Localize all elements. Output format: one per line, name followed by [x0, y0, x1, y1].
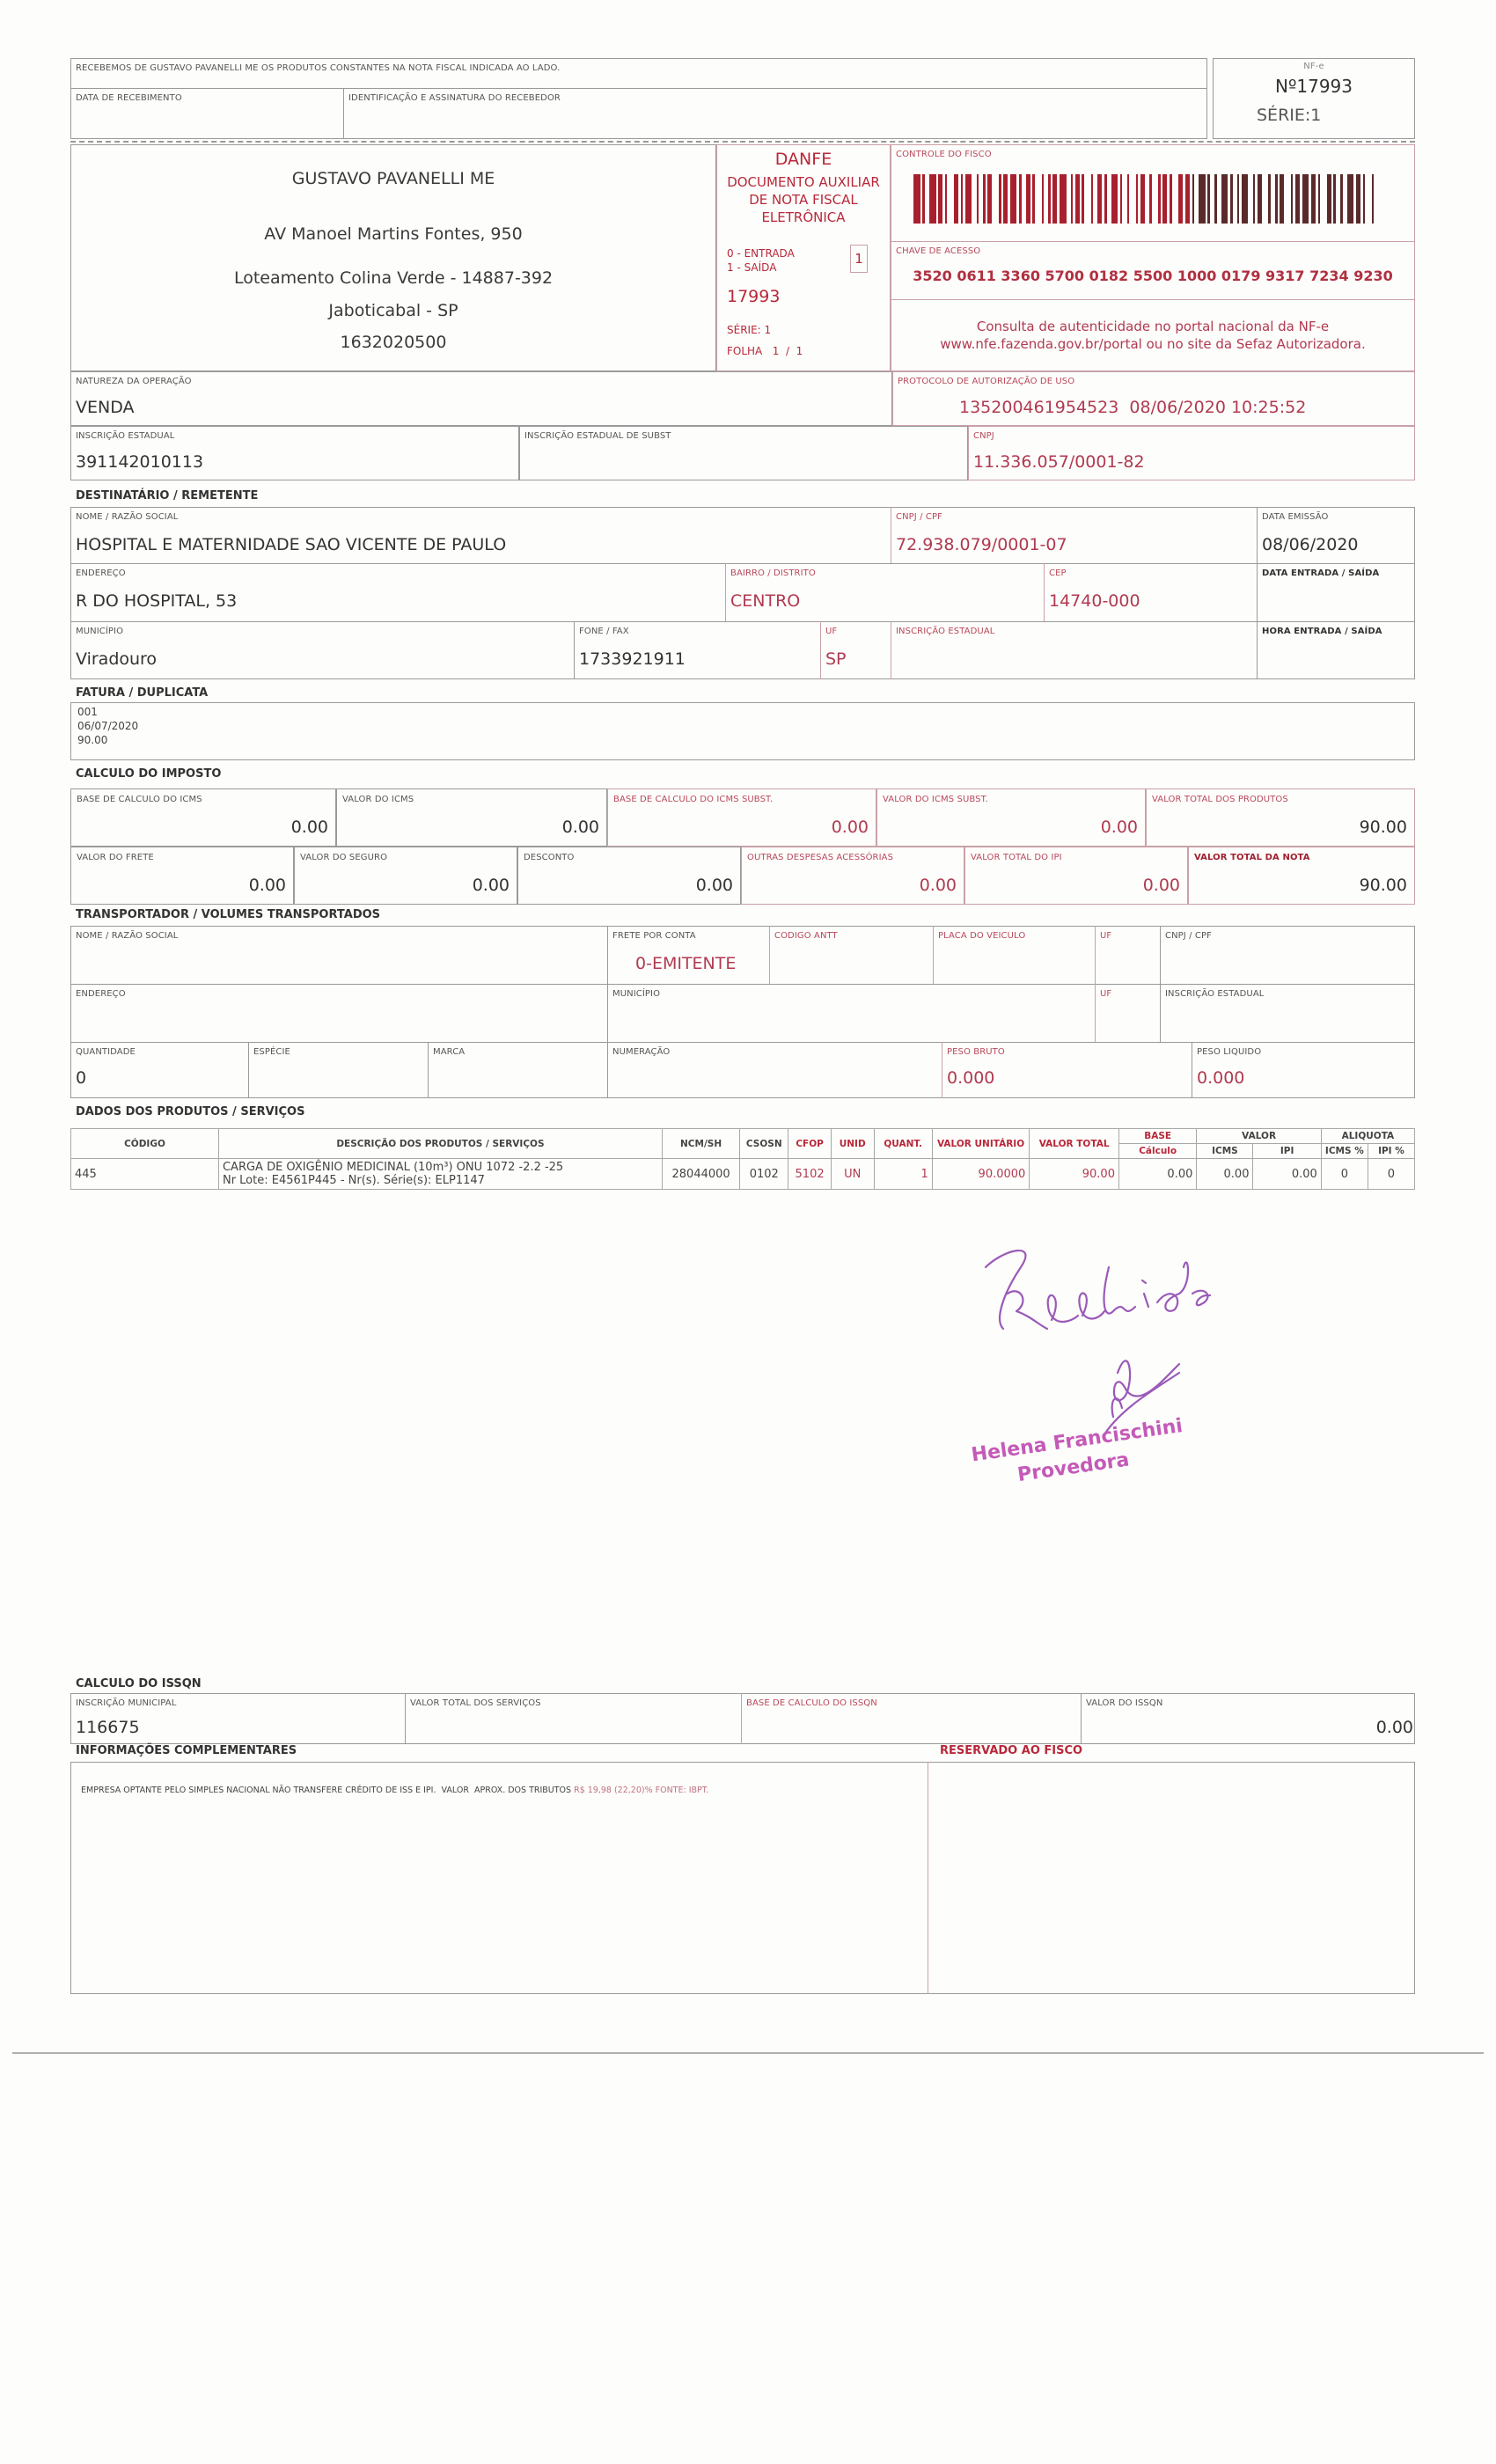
item-csosn: 0102: [740, 1159, 788, 1190]
tax-cell: VALOR DO SEGURO0.00: [294, 847, 517, 905]
invoice-box: [70, 702, 1415, 760]
recipient-name-label: NOME / RAZÃO SOCIAL: [76, 512, 178, 522]
tax-cell-label: VALOR TOTAL DOS PRODUTOS: [1152, 795, 1288, 804]
tax-cell-value: 0.00: [920, 876, 957, 895]
carrier-cnpj-label: CNPJ / CPF: [1165, 931, 1212, 941]
divider: [405, 1693, 406, 1744]
danfe-number: 17993: [727, 287, 780, 306]
tax-cell: VALOR TOTAL DA NOTA90.00: [1188, 847, 1415, 905]
entry-time-label: HORA ENTRADA / SAÍDA: [1262, 627, 1382, 636]
col-desc: DESCRIÇÃO DOS PRODUTOS / SERVIÇOS: [218, 1129, 662, 1159]
table-row: 445 CARGA DE OXIGÊNIO MEDICINAL (10m³) O…: [71, 1159, 1415, 1190]
divider: [820, 621, 821, 679]
issuer-phone: 1632020500: [70, 333, 716, 352]
item-qty: 1: [874, 1159, 932, 1190]
tax-cell-value: 90.00: [1360, 818, 1407, 837]
recipient-cep: 14740-000: [1049, 591, 1140, 611]
col-base-top: BASE: [1118, 1129, 1196, 1144]
divider: [574, 621, 575, 679]
nfe-label: NF-e: [1213, 62, 1415, 71]
tax-cell: BASE DE CALCULO DO ICMS0.00: [70, 788, 336, 847]
item-ipi-pct: 0: [1368, 1159, 1414, 1190]
tax-cell-value: 0.00: [291, 818, 328, 837]
tax-cell: BASE DE CALCULO DO ICMS SUBST.0.00: [607, 788, 876, 847]
services-total-label: VALOR TOTAL DOS SERVIÇOS: [410, 1698, 541, 1708]
recipient-cep-label: CEP: [1049, 568, 1067, 578]
barcode: [913, 174, 1380, 224]
tax-cell-value: 0.00: [562, 818, 599, 837]
divider: [1192, 1042, 1192, 1098]
item-base: 0.00: [1118, 1159, 1196, 1190]
additional-info-title: INFORMAÇÕES COMPLEMENTARES: [76, 1744, 297, 1757]
danfe-title: DANFE: [716, 150, 891, 169]
col-valor-top: VALOR: [1197, 1129, 1321, 1144]
tax-cell-label: DESCONTO: [524, 853, 574, 862]
municipal-registration: 116675: [76, 1718, 140, 1737]
invoice-number: 001: [77, 706, 98, 718]
consult-link[interactable]: www.nfe.fazenda.gov.br/portal ou no site…: [891, 336, 1415, 352]
recipient-uf-label: UF: [825, 627, 837, 636]
nfe-series: SÉRIE:1: [1257, 106, 1321, 125]
tax-cell-value: 0.00: [696, 876, 733, 895]
recipient-address: R DO HOSPITAL, 53: [76, 591, 237, 611]
carrier-name-label: NOME / RAZÃO SOCIAL: [76, 931, 178, 941]
additional-info-text-2: R$ 19,98 (22,20)% FONTE: IBPT.: [574, 1786, 708, 1795]
emission-date-label: DATA EMISSÃO: [1262, 512, 1328, 522]
tax-cell-label: VALOR TOTAL DO IPI: [971, 853, 1062, 862]
danfe-subtitle-1: DOCUMENTO AUXILIAR: [716, 174, 891, 190]
tax-cell-value: 90.00: [1360, 876, 1407, 895]
danfe-folha: FOLHA 1 / 1: [727, 345, 803, 357]
divider: [1160, 926, 1161, 1042]
antt-label: CODIGO ANTT: [774, 931, 838, 941]
plate-label: PLACA DO VEICULO: [938, 931, 1025, 941]
divider: [70, 1042, 1415, 1043]
issqn-value: 0.00: [1376, 1718, 1413, 1737]
recipient-city-label: MUNICÍPIO: [76, 627, 123, 636]
recipient-cnpj-label: CNPJ / CPF: [896, 512, 942, 522]
col-ipi: IPI: [1253, 1144, 1321, 1159]
tax-cell-value: 0.00: [832, 818, 869, 837]
volume-qty-label: QUANTIDADE: [76, 1047, 136, 1057]
carrier-ie-label: INSCRIÇÃO ESTADUAL: [1165, 989, 1264, 999]
divider: [769, 926, 770, 984]
species-label: ESPÉCIE: [253, 1047, 290, 1057]
danfe-type-box: 1: [850, 245, 868, 273]
issuer-ie-subst-label: INSCRIÇÃO ESTADUAL DE SUBST: [524, 431, 671, 441]
tax-cell-value: 0.00: [249, 876, 286, 895]
danfe-subtitle-3: ELETRÔNICA: [716, 209, 891, 225]
divider: [741, 1693, 742, 1744]
issqn-box: [70, 1693, 1415, 1744]
divider: [70, 984, 1415, 985]
carrier-uf-label: UF: [1100, 931, 1111, 941]
col-icms-pct: ICMS %: [1321, 1144, 1368, 1159]
col-unit: UNID: [831, 1129, 874, 1159]
tax-cell: VALOR DO ICMS0.00: [336, 788, 607, 847]
tax-cell-label: VALOR DO SEGURO: [300, 853, 387, 862]
recipient-cnpj: 72.938.079/0001-07: [896, 535, 1067, 554]
additional-info-box: [70, 1762, 1415, 1994]
tax-cell-label: BASE DE CALCULO DO ICMS: [77, 795, 202, 804]
item-ncm: 28044000: [662, 1159, 739, 1190]
tax-section-title: CALCULO DO IMPOSTO: [76, 767, 221, 781]
issuer-ie: 391142010113: [76, 452, 203, 472]
col-base-bottom: Cálculo: [1118, 1144, 1196, 1159]
cut-line: [70, 141, 1415, 143]
recipient-ie-label: INSCRIÇÃO ESTADUAL: [896, 627, 994, 636]
tax-cell: VALOR DO ICMS SUBST.0.00: [876, 788, 1146, 847]
tax-cell-label: VALOR DO ICMS: [342, 795, 414, 804]
danfe-series: SÉRIE: 1: [727, 324, 771, 336]
invoice-due-date: 06/07/2020: [77, 720, 138, 732]
tax-cell-label: BASE DE CALCULO DO ICMS SUBST.: [613, 795, 773, 804]
item-total: 90.00: [1030, 1159, 1119, 1190]
page-bottom-line: [12, 2052, 1484, 2054]
municipal-registration-label: INSCRIÇÃO MUNICIPAL: [76, 1698, 176, 1708]
issuer-ie-label: INSCRIÇÃO ESTADUAL: [76, 431, 174, 441]
brand-label: MARCA: [433, 1047, 465, 1057]
col-unit-value: VALOR UNITÁRIO: [932, 1129, 1030, 1159]
item-cfop: 5102: [788, 1159, 832, 1190]
divider: [942, 1042, 942, 1098]
item-code: 445: [71, 1159, 219, 1190]
col-code: CÓDIGO: [71, 1129, 219, 1159]
item-icms: 0.00: [1197, 1159, 1253, 1190]
issuer-cnpj: 11.336.057/0001-82: [973, 452, 1145, 472]
transport-section-title: TRANSPORTADOR / VOLUMES TRANSPORTADOS: [76, 908, 380, 921]
divider: [928, 1762, 928, 1994]
operation-nature-label: NATUREZA DA OPERAÇÃO: [76, 377, 192, 386]
carrier-address-label: ENDEREÇO: [76, 989, 126, 999]
access-key: 3520 0611 3360 5700 0182 5500 1000 0179 …: [891, 268, 1415, 284]
operation-nature: VENDA: [76, 398, 135, 417]
recipient-name: HOSPITAL E MATERNIDADE SAO VICENTE DE PA…: [76, 535, 506, 554]
danfe-entrada: 0 - ENTRADA: [727, 247, 795, 260]
issuer-cnpj-label: CNPJ: [973, 431, 994, 441]
tax-cell: VALOR TOTAL DO IPI0.00: [964, 847, 1188, 905]
invoice-value: 90.00: [77, 734, 107, 746]
receipt-text: RECEBEMOS DE GUSTAVO PAVANELLI ME OS PRO…: [76, 63, 560, 73]
divider: [933, 926, 934, 984]
issqn-base-label: BASE DE CALCULO DO ISSQN: [746, 1698, 877, 1708]
products-section-title: DADOS DOS PRODUTOS / SERVIÇOS: [76, 1105, 304, 1118]
tax-cell-label: OUTRAS DESPESAS ACESSÓRIAS: [747, 853, 893, 862]
divider: [891, 621, 891, 679]
tax-cell: VALOR DO FRETE0.00: [70, 847, 294, 905]
divider: [1081, 1693, 1082, 1744]
divider: [70, 621, 1415, 622]
col-cfop: CFOP: [788, 1129, 832, 1159]
recipient-city: Viradouro: [76, 649, 157, 669]
divider: [428, 1042, 429, 1098]
tax-cell-value: 0.00: [1143, 876, 1180, 895]
divider: [70, 563, 1415, 564]
recipient-district: CENTRO: [730, 591, 800, 611]
operation-nature-box: [70, 371, 892, 426]
access-key-label: CHAVE DE ACESSO: [896, 246, 980, 256]
receipt-signature-label: IDENTIFICAÇÃO E ASSINATURA DO RECEBEDOR: [348, 93, 561, 103]
products-table: CÓDIGO DESCRIÇÃO DOS PRODUTOS / SERVIÇOS…: [70, 1128, 1415, 1190]
tax-cell: DESCONTO0.00: [517, 847, 741, 905]
tax-cell: OUTRAS DESPESAS ACESSÓRIAS0.00: [741, 847, 964, 905]
reserved-fisco-title: RESERVADO AO FISCO: [940, 1744, 1082, 1757]
divider: [891, 299, 1415, 300]
divider: [891, 507, 891, 563]
recipient-phone-label: FONE / FAX: [579, 627, 629, 636]
carrier-city-label: MUNICÍPIO: [612, 989, 660, 999]
recipient-section-title: DESTINATÁRIO / REMETENTE: [76, 489, 258, 502]
protocol-value: 135200461954523 08/06/2020 10:25:52: [959, 398, 1306, 417]
item-unit: UN: [831, 1159, 874, 1190]
nfe-number: Nº17993: [1213, 76, 1415, 97]
divider: [248, 1042, 249, 1098]
gross-weight: 0.000: [947, 1068, 994, 1088]
consult-line-1: Consulta de autenticidade no portal naci…: [891, 319, 1415, 334]
recipient-uf: SP: [825, 649, 847, 669]
protocol-label: PROTOCOLO DE AUTORIZAÇÃO DE USO: [898, 377, 1074, 386]
divider: [70, 88, 1207, 89]
divider: [607, 926, 608, 1098]
receipt-date-field[interactable]: [72, 106, 341, 137]
fiscal-control-label: CONTROLE DO FISCO: [896, 150, 992, 159]
recipient-district-label: BAIRRO / DISTRITO: [730, 568, 816, 578]
issqn-section-title: CALCULO DO ISSQN: [76, 1677, 202, 1690]
item-icms-pct: 0: [1321, 1159, 1368, 1190]
issuer-name: GUSTAVO PAVANELLI ME: [70, 169, 716, 188]
entry-date-label: DATA ENTRADA / SAÍDA: [1262, 568, 1379, 578]
divider: [725, 563, 726, 621]
tax-cell-label: VALOR DO FRETE: [77, 853, 154, 862]
item-desc-line-1: CARGA DE OXIGÊNIO MEDICINAL (10m³) ONU 1…: [223, 1161, 658, 1174]
tax-cell-value: 0.00: [473, 876, 510, 895]
additional-info-text: EMPRESA OPTANTE PELO SIMPLES NACIONAL NÃ…: [76, 1776, 708, 1795]
col-ncm: NCM/SH: [662, 1129, 739, 1159]
handwritten-received-signature: Helena Francischini Provedora: [968, 1232, 1320, 1496]
danfe-saida: 1 - SAÍDA: [727, 261, 776, 274]
recipient-address-label: ENDEREÇO: [76, 568, 126, 578]
col-qty: QUANT.: [874, 1129, 932, 1159]
col-icms: ICMS: [1197, 1144, 1253, 1159]
issqn-value-label: VALOR DO ISSQN: [1086, 1698, 1162, 1708]
additional-info-text-1: EMPRESA OPTANTE PELO SIMPLES NACIONAL NÃ…: [81, 1786, 574, 1795]
net-weight-label: PESO LIQUIDO: [1197, 1047, 1261, 1057]
tax-cell-label: VALOR TOTAL DA NOTA: [1194, 853, 1310, 862]
issuer-city: Jaboticabal - SP: [70, 301, 716, 320]
col-aliq-top: ALIQUOTA: [1321, 1129, 1414, 1144]
divider: [891, 241, 1415, 242]
divider: [1044, 563, 1045, 621]
receipt-date-label: DATA DE RECEBIMENTO: [76, 93, 182, 103]
net-weight: 0.000: [1197, 1068, 1244, 1088]
freight-value: 0-EMITENTE: [635, 954, 736, 973]
col-csosn: CSOSN: [740, 1129, 788, 1159]
col-total: VALOR TOTAL: [1030, 1129, 1119, 1159]
volume-qty: 0: [76, 1068, 86, 1088]
danfe-subtitle-2: DE NOTA FISCAL: [716, 192, 891, 208]
freight-label: FRETE POR CONTA: [612, 931, 696, 941]
col-ipi-pct: IPI %: [1368, 1144, 1414, 1159]
item-ipi: 0.00: [1253, 1159, 1321, 1190]
tax-cell-value: 0.00: [1101, 818, 1138, 837]
item-unit-value: 90.0000: [932, 1159, 1030, 1190]
item-desc: CARGA DE OXIGÊNIO MEDICINAL (10m³) ONU 1…: [218, 1159, 662, 1190]
tax-cell: VALOR TOTAL DOS PRODUTOS90.00: [1146, 788, 1415, 847]
issuer-district: Loteamento Colina Verde - 14887-392: [70, 268, 716, 288]
receipt-signature-field[interactable]: [345, 106, 1206, 137]
item-desc-line-2: Nr Lote: E4561P445 - Nr(s). Série(s): EL…: [223, 1174, 658, 1187]
recipient-phone: 1733921911: [579, 649, 686, 669]
gross-weight-label: PESO BRUTO: [947, 1047, 1005, 1057]
issuer-address: AV Manoel Martins Fontes, 950: [70, 224, 716, 244]
carrier-uf2-label: UF: [1100, 989, 1111, 999]
tax-cell-label: VALOR DO ICMS SUBST.: [883, 795, 988, 804]
emission-date: 08/06/2020: [1262, 535, 1359, 554]
divider: [1095, 926, 1096, 1042]
numbering-label: NUMERAÇÃO: [612, 1047, 670, 1057]
invoice-section-title: FATURA / DUPLICATA: [76, 686, 208, 700]
divider: [343, 88, 344, 139]
divider: [1257, 507, 1258, 679]
